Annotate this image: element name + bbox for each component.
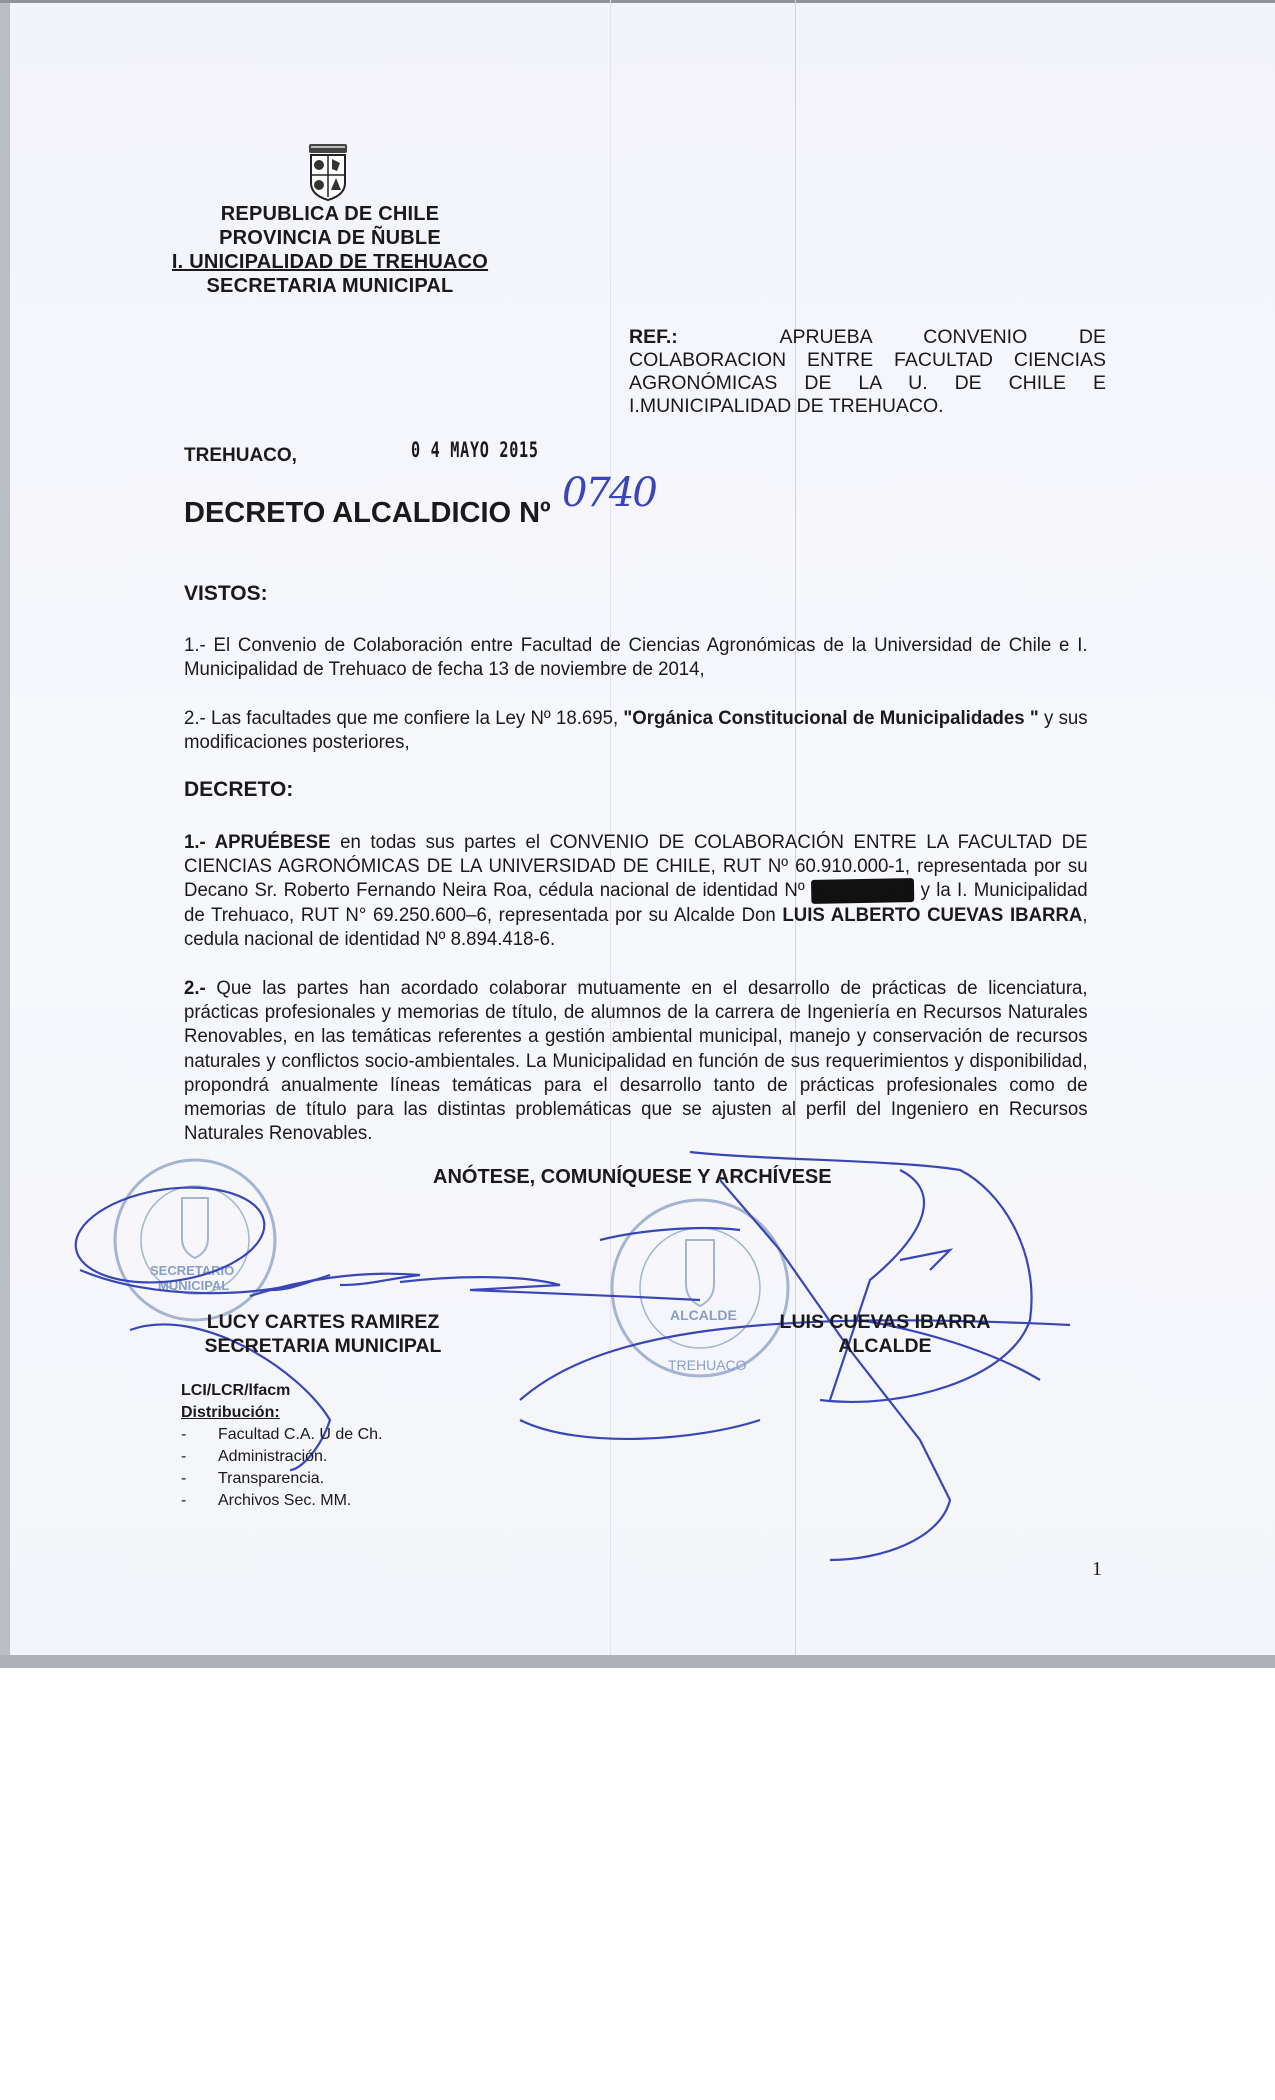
distribution-heading: Distribución:: [181, 1402, 383, 1424]
distribution-item: -Facultad C.A. U de Ch.: [181, 1424, 383, 1446]
svg-text:TREHUACO: TREHUACO: [668, 1357, 747, 1373]
secretary-role: SECRETARIA MUNICIPAL: [188, 1334, 458, 1358]
distribution-item: -Archivos Sec. MM.: [181, 1490, 383, 1512]
secretary-seal-text: SECRETARIO: [150, 1263, 234, 1278]
secretary-signature-block: LUCY CARTES RAMIREZ SECRETARIA MUNICIPAL: [188, 1310, 458, 1358]
mayor-name: LUIS CUEVAS IBARRA: [770, 1310, 1000, 1334]
initials: LCI/LCR/lfacm: [181, 1380, 383, 1402]
distribution-block: LCI/LCR/lfacm Distribución: -Facultad C.…: [181, 1380, 383, 1512]
distribution-item: -Transparencia.: [181, 1468, 383, 1490]
mayor-signature-block: LUIS CUEVAS IBARRA ALCALDE: [770, 1310, 1000, 1358]
secretary-name: LUCY CARTES RAMIREZ: [188, 1310, 458, 1334]
mayor-role: ALCALDE: [770, 1334, 1000, 1358]
distribution-item: -Administración.: [181, 1446, 383, 1468]
page-number: 1: [1092, 1558, 1102, 1581]
mayor-seal-icon: [612, 1200, 788, 1376]
svg-text:ALCALDE: ALCALDE: [670, 1307, 737, 1323]
